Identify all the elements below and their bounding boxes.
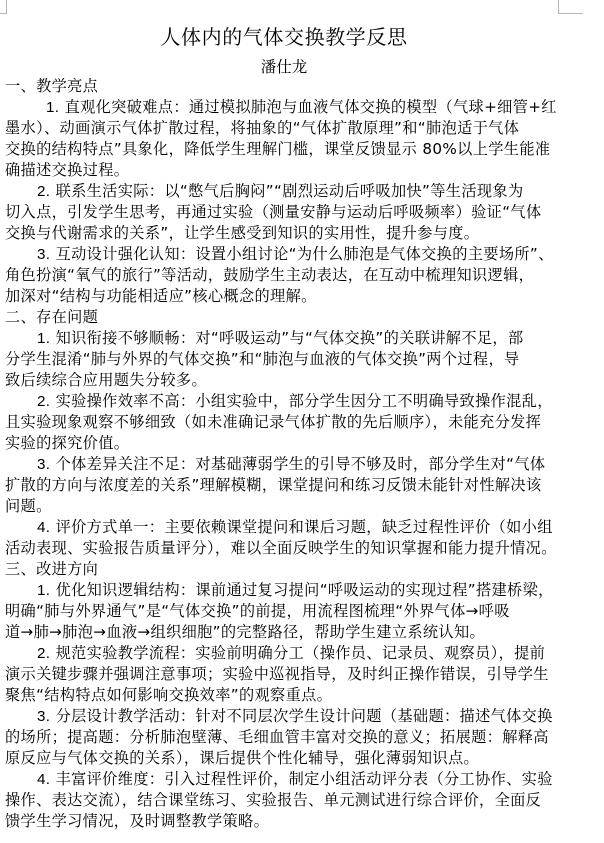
list-item-line: 且实验现象观察不够细致（如未准确记录气体扩散的先后顺序），未能充分发挥 <box>5 412 565 433</box>
page-corner-mark-top-right <box>558 0 583 14</box>
document-title: 人体内的气体交换教学反思 <box>0 21 568 50</box>
list-item-line: 1. 优化知识逻辑结构：课前通过复习提问“呼吸运动的实现过程”搭建桥梁， <box>5 580 565 601</box>
item-text: 个体差异关注不足：对基础薄弱学生的引导不够及时，部分学生对“气体 <box>56 455 546 473</box>
item-number: 1. <box>37 582 50 599</box>
list-item-line: 3. 个体差异关注不足：对基础薄弱学生的引导不够及时，部分学生对“气体 <box>5 454 565 475</box>
list-item-line: 扩散的方向与浓度差的关系”理解模糊，课堂提问和练习反馈未能针对性解决该 <box>5 475 565 496</box>
list-item-line: 墨水）、动画演示气体扩散过程，将抽象的“气体扩散原理”和“肺泡适于气体 <box>5 118 565 139</box>
list-item-line: 切入点，引发学生思考，再通过实验（测量安静与运动后呼吸频率）验证“气体 <box>5 202 565 223</box>
list-item-line: 2. 规范实验教学流程：实验前明确分工（操作员、记录员、观察员），提前 <box>5 643 565 664</box>
list-item-line: 4. 评价方式单一：主要依赖课堂提问和课后习题，缺乏过程性评价（如小组 <box>5 517 565 538</box>
list-item-line: 分学生混淆“肺与外界的气体交换”和“肺泡与血液的气体交换”两个过程，导 <box>5 349 565 370</box>
list-item-line: 角色扮演“氧气的旅行”等活动，鼓励学生主动表达，在互动中梳理知识逻辑， <box>5 265 565 286</box>
list-item-line: 交换的结构特点”具象化，降低学生理解门槛，课堂反馈显示 80%以上学生能准 <box>5 139 565 160</box>
list-item-line: 确描述交换过程。 <box>5 160 565 181</box>
section-heading: 一、教学亮点 <box>5 76 565 97</box>
list-item-line: 4. 丰富评价维度：引入过程性评价，制定小组活动评分表（分工协作、实验 <box>5 769 565 790</box>
list-item-line: 聚焦“结构特点如何影响交换效率”的观察重点。 <box>5 685 565 706</box>
list-item-line: 1. 直观化突破难点：通过模拟肺泡与血液气体交换的模型（气球+细管+红 <box>5 97 565 118</box>
item-text: 分层设计教学活动：针对不同层次学生设计问题（基础题：描述气体交换 <box>56 707 553 725</box>
list-item-line: 道→肺→肺泡→血液→组织细胞”的完整路径，帮助学生建立系统认知。 <box>5 622 565 643</box>
list-item-line: 问题。 <box>5 496 565 517</box>
item-text: 联系生活实际：以“憋气后胸闷”“剧烈运动后呼吸加快”等生活现象为 <box>56 182 524 200</box>
list-item-line: 明确“肺与外界通气”是“气体交换”的前提，用流程图梳理“外界气体→呼吸 <box>5 601 565 622</box>
page-corner-mark-top-left <box>0 0 7 14</box>
list-item-line: 活动表现、实验报告质量评分），难以全面反映学生的知识掌握和能力提升情况。 <box>5 538 565 559</box>
item-number: 4. <box>37 771 50 788</box>
item-number: 1. <box>46 99 59 116</box>
item-number: 2. <box>37 183 50 200</box>
list-item-line: 馈学生学习情况，及时调整教学策略。 <box>5 811 565 832</box>
list-item-line: 实验的探究价值。 <box>5 433 565 454</box>
list-item-line: 致后续综合应用题失分较多。 <box>5 370 565 391</box>
item-number: 1. <box>37 330 50 347</box>
list-item-line: 3. 分层设计教学活动：针对不同层次学生设计问题（基础题：描述气体交换 <box>5 706 565 727</box>
item-text: 规范实验教学流程：实验前明确分工（操作员、记录员、观察员），提前 <box>56 644 546 662</box>
document-author: 潘仕龙 <box>0 55 568 77</box>
item-number: 2. <box>37 645 50 662</box>
item-text: 丰富评价维度：引入过程性评价，制定小组活动评分表（分工协作、实验 <box>56 770 553 788</box>
item-number: 4. <box>37 519 50 536</box>
item-number: 3. <box>37 708 50 725</box>
list-item-line: 交换与代谢需求的关系”，让学生感受到知识的实用性，提升参与度。 <box>5 223 565 244</box>
section-heading: 三、改进方向 <box>5 559 565 580</box>
list-item-line: 1. 知识衔接不够顺畅：对“呼吸运动”与“气体交换”的关联讲解不足，部 <box>5 328 565 349</box>
item-text: 互动设计强化认知：设置小组讨论“为什么肺泡是气体交换的主要场所”、 <box>56 245 554 263</box>
item-text: 直观化突破难点：通过模拟肺泡与血液气体交换的模型（气球+细管+红 <box>65 98 557 116</box>
item-text: 实验操作效率不高：小组实验中，部分学生因分工不明确导致操作混乱， <box>56 392 553 410</box>
list-item-line: 原反应与气体交换的关系），课后提供个性化辅导，强化薄弱知识点。 <box>5 748 565 769</box>
item-text: 优化知识逻辑结构：课前通过复习提问“呼吸运动的实现过程”搭建桥梁， <box>56 581 554 599</box>
list-item-line: 2. 联系生活实际：以“憋气后胸闷”“剧烈运动后呼吸加快”等生活现象为 <box>5 181 565 202</box>
item-number: 3. <box>37 246 50 263</box>
list-item-line: 2. 实验操作效率不高：小组实验中，部分学生因分工不明确导致操作混乱， <box>5 391 565 412</box>
list-item-line: 的场所；提高题：分析肺泡壁薄、毛细血管丰富对交换的意义；拓展题：解释高 <box>5 727 565 748</box>
list-item-line: 操作、表达交流），结合课堂练习、实验报告、单元测试进行综合评价，全面反 <box>5 790 565 811</box>
item-number: 2. <box>37 393 50 410</box>
item-text: 知识衔接不够顺畅：对“呼吸运动”与“气体交换”的关联讲解不足，部 <box>56 329 524 347</box>
item-number: 3. <box>37 456 50 473</box>
item-text: 评价方式单一：主要依赖课堂提问和课后习题，缺乏过程性评价（如小组 <box>56 518 553 536</box>
section-heading: 二、存在问题 <box>5 307 565 328</box>
document-body: 一、教学亮点 1. 直观化突破难点：通过模拟肺泡与血液气体交换的模型（气球+细管… <box>5 76 565 832</box>
list-item-line: 加深对“结构与功能相适应”核心概念的理解。 <box>5 286 565 307</box>
list-item-line: 3. 互动设计强化认知：设置小组讨论“为什么肺泡是气体交换的主要场所”、 <box>5 244 565 265</box>
list-item-line: 演示关键步骤并强调注意事项；实验中巡视指导，及时纠正操作错误，引导学生 <box>5 664 565 685</box>
